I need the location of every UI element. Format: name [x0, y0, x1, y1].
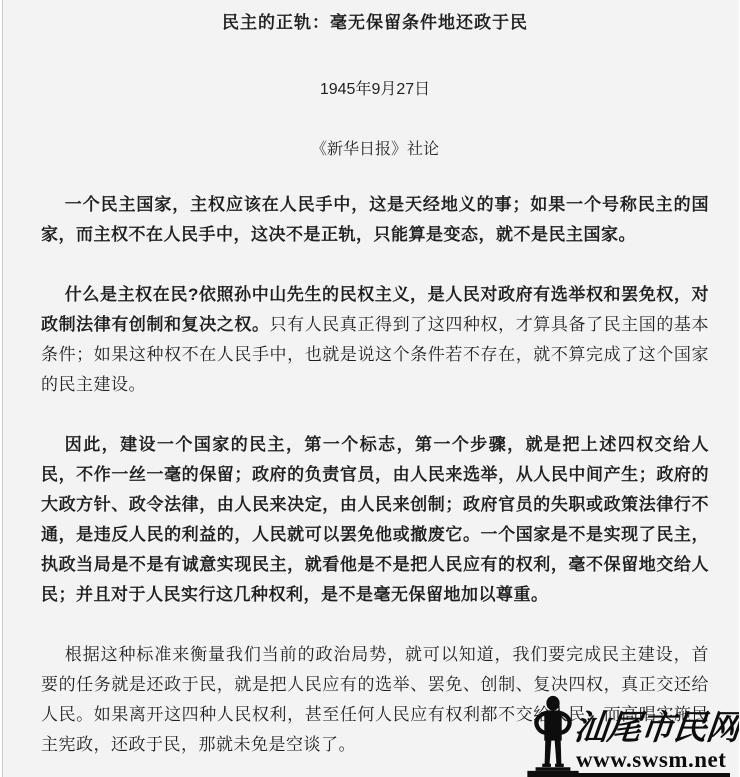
article-content: 民主的正轨：毫无保留条件地还政于民 1945年9月27日 《新华日报》社论 一个…	[3, 12, 739, 760]
article-title: 民主的正轨：毫无保留条件地还政于民	[41, 12, 709, 34]
article-paragraph: 根据这种标准来衡量我们当前的政治局势，就可以知道，我们要完成民主建设，首要的任务…	[41, 640, 709, 760]
paragraph-bold-text: 一个民主国家，主权应该在人民手中，这是天经地义的事；如果一个号称民主的国家，而主…	[41, 195, 709, 244]
paragraph-bold-text: 因此，建设一个国家的民主，第一个标志，第一个步骤，就是把上述四权交给人民，不作一…	[41, 435, 709, 604]
article-paragraph: 一个民主国家，主权应该在人民手中，这是天经地义的事；如果一个号称民主的国家，而主…	[41, 190, 709, 250]
article-date: 1945年9月27日	[41, 80, 709, 100]
article-byline: 《新华日报》社论	[41, 140, 709, 160]
article-paragraph: 什么是主权在民?依照孙中山先生的民权主义，是人民对政府有选举权和罢免权，对政制法…	[41, 280, 709, 400]
article-paragraph: 因此，建设一个国家的民主，第一个标志，第一个步骤，就是把上述四权交给人民，不作一…	[41, 430, 709, 610]
article-page: 民主的正轨：毫无保留条件地还政于民 1945年9月27日 《新华日报》社论 一个…	[2, 0, 739, 777]
paragraph-text: 根据这种标准来衡量我们当前的政治局势，就可以知道，我们要完成民主建设，首要的任务…	[41, 645, 709, 754]
